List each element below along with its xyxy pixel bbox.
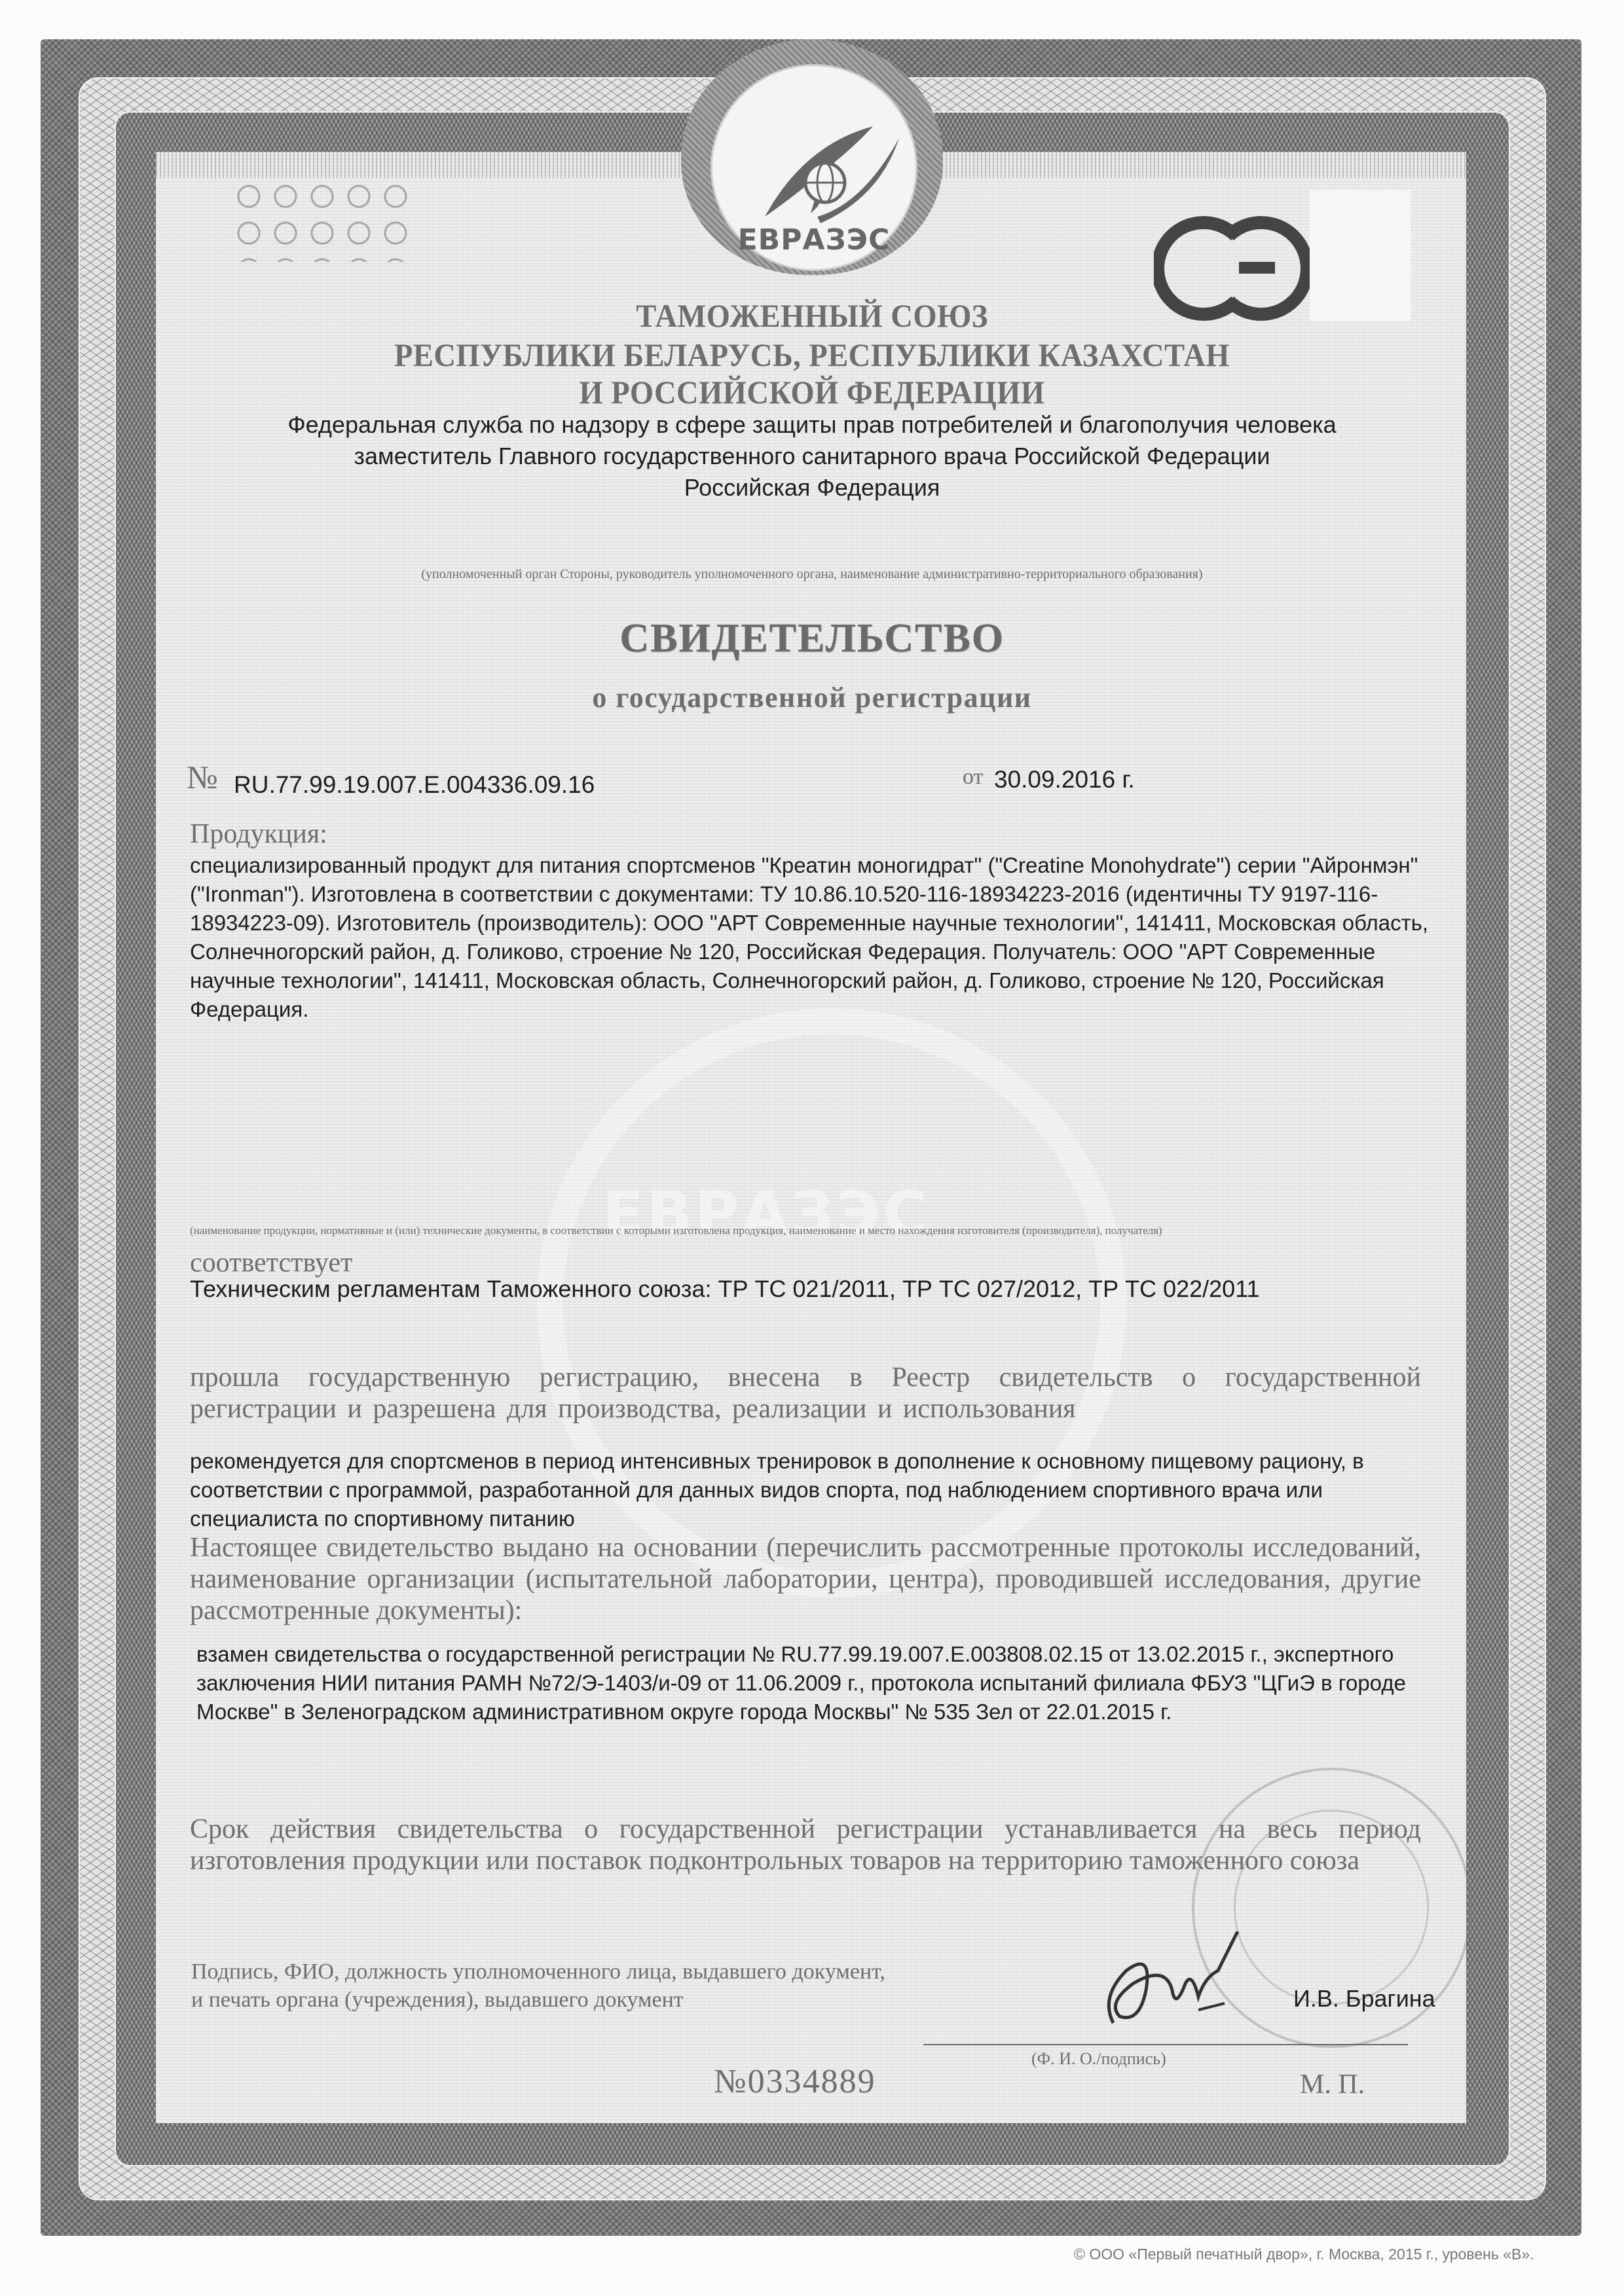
authority-line-1: Федеральная служба по надзору в сфере за…	[170, 409, 1454, 441]
authority-line-2: заместитель Главного государственного са…	[170, 441, 1454, 472]
union-title-2: РЕСПУБЛИКИ БЕЛАРУСЬ, РЕСПУБЛИКИ КАЗАХСТА…	[215, 337, 1409, 373]
eurasec-emblem: ЕВРАЗЭС	[710, 64, 917, 271]
conformity-regulations: Техническим регламентам Таможенного союз…	[190, 1275, 1260, 1303]
seal-place: М. П.	[1300, 2069, 1365, 2100]
emblem-label: ЕВРАЗЭС	[712, 223, 915, 257]
handwritten-signature-icon	[1087, 1931, 1257, 2043]
authority-line-3: Российская Федерация	[170, 472, 1454, 503]
document-title: СВИДЕТЕЛЬСТВО	[170, 615, 1454, 662]
signature-label: Подпись, ФИО, должность уполномоченного …	[191, 1958, 885, 2014]
form-number: №0334889	[714, 2062, 876, 2101]
authority-caption: (уполномоченный орган Стороны, руководит…	[170, 567, 1454, 582]
union-title-1: ТАМОЖЕННЫЙ СОЮЗ	[215, 298, 1409, 334]
signature-line-caption: (Ф. И. О./подпись)	[1031, 2049, 1166, 2069]
registration-number: RU.77.99.19.007.E.004336.09.16	[234, 771, 595, 799]
date-prefix: от	[963, 765, 983, 790]
registration-statement: прошла государственную регистрацию, внес…	[190, 1362, 1421, 1425]
basis-documents: взамен свидетельства о государственной р…	[196, 1640, 1467, 1726]
signer-name: И.В. Брагина	[1293, 1985, 1435, 2013]
signature-line	[923, 2044, 1408, 2045]
product-label: Продукция:	[190, 818, 327, 850]
product-caption: (наименование продукции, нормативные и (…	[190, 1224, 1434, 1237]
number-prefix: №	[187, 758, 218, 796]
usage-recommendation: рекомендуется для спортсменов в период и…	[190, 1447, 1434, 1533]
document-subtitle: о государственной регистрации	[170, 681, 1454, 714]
union-title-3: И РОССИЙСКОЙ ФЕДЕРАЦИИ	[215, 374, 1409, 410]
printer-credit: © ООО «Первый печатный двор», г. Москва,…	[1074, 2246, 1534, 2263]
basis-label: Настоящее свидетельство выдано на основа…	[190, 1532, 1421, 1626]
product-description: специализированный продукт для питания с…	[190, 851, 1434, 1024]
registration-date: 30.09.2016 г.	[994, 766, 1135, 793]
watermark-text: ЕВРАЗЭС	[602, 1178, 930, 1248]
conformity-label: соответствует	[190, 1247, 352, 1279]
ornament-pattern	[236, 183, 419, 262]
